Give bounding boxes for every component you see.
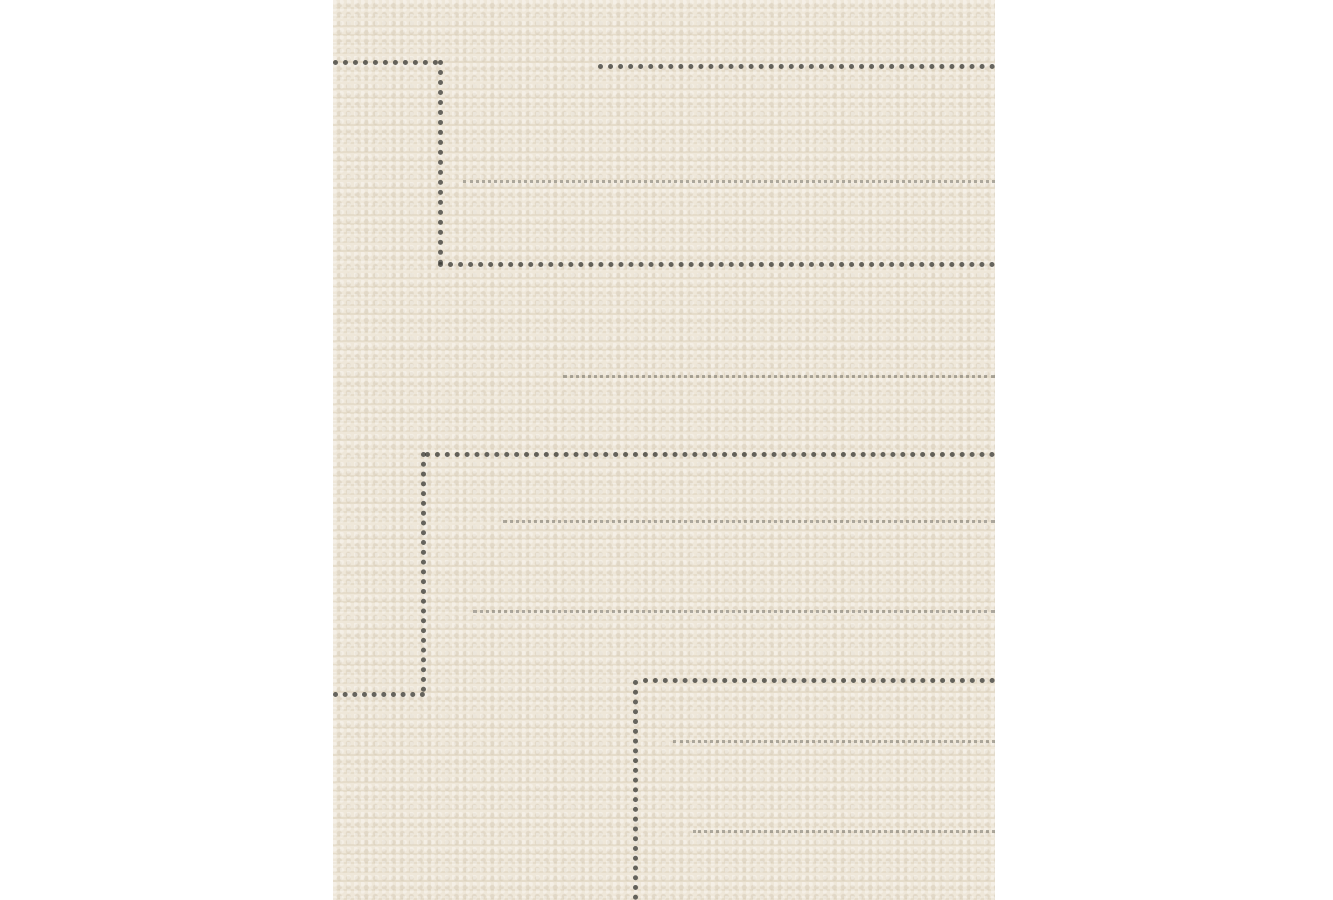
- pattern-line: [438, 262, 995, 273]
- pattern-line: [643, 678, 995, 689]
- pattern-line: [463, 180, 995, 189]
- pattern-line: [421, 452, 432, 692]
- pattern-line: [673, 740, 995, 749]
- pattern-line: [473, 610, 995, 619]
- pattern-line: [633, 680, 644, 900]
- pattern-line: [425, 452, 995, 463]
- pattern-line: [598, 64, 995, 75]
- pattern-line: [333, 60, 438, 71]
- pattern-line: [563, 375, 995, 384]
- pattern-line: [333, 692, 425, 703]
- pattern-line: [438, 60, 449, 265]
- pattern-line: [503, 520, 995, 529]
- pattern-line: [693, 830, 995, 839]
- rug-texture-photo: [333, 0, 995, 900]
